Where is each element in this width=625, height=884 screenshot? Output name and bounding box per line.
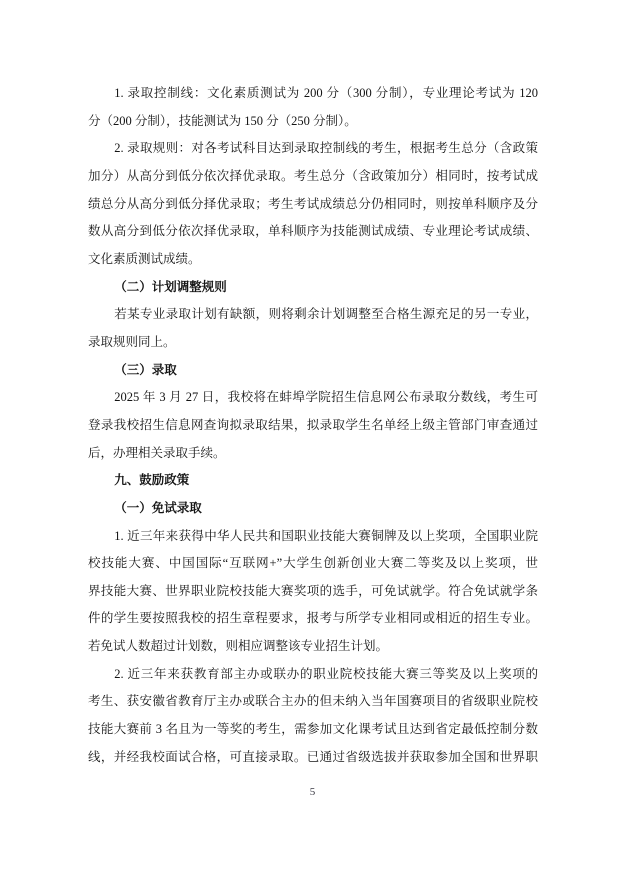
plan-adjustment-paragraph: 若某专业录取计划有缺额，则将剩余计划调整至合格生源充足的另一专业，录取规则同上。 (88, 301, 538, 356)
section-heading-plan-adjustment: （二）计划调整规则 (88, 274, 538, 302)
text-line: 若免试人数超过计划数，则相应调整该专业招生计划。 (88, 633, 538, 661)
text-line: 考生、获安徽省教育厅主办或联合主办的但未纳入当年国赛项目的省级职业院校 (88, 688, 538, 716)
admission-control-line-paragraph: 1. 录取控制线：文化素质测试为 200 分（300 分制），专业理论考试为 1… (88, 80, 538, 135)
exemption-rule-1-paragraph: 1. 近三年来获得中华人民共和国职业技能大赛铜牌及以上奖项，全国职业院校技能大赛… (88, 523, 538, 661)
text-line: 2025 年 3 月 27 日，我校将在蚌埠学院招生信息网公布录取分数线，考生可 (88, 384, 538, 412)
exemption-rule-2-paragraph: 2. 近三年来获教育部主办或联办的职业院校技能大赛三等奖及以上奖项的考生、获安徽… (88, 661, 538, 772)
text-line: 加分）从高分到低分依次择优录取。考生总分（含政策加分）相同时，按考试成 (88, 163, 538, 191)
page-footer: 5 (0, 785, 625, 799)
section-heading-incentive-policy: 九、鼓励政策 (88, 467, 538, 495)
text-line: 1. 近三年来获得中华人民共和国职业技能大赛铜牌及以上奖项，全国职业院 (88, 523, 538, 551)
text-line: 若某专业录取计划有缺额，则将剩余计划调整至合格生源充足的另一专业， (88, 301, 538, 329)
page-number: 5 (310, 786, 316, 798)
text-line: 分（200 分制），技能测试为 150 分（250 分制）。 (88, 108, 538, 136)
text-line: 技能大赛前 3 名且为一等奖的考生，需参加文化课考试且达到省定最低控制分数 (88, 716, 538, 744)
text-line: 1. 录取控制线：文化素质测试为 200 分（300 分制），专业理论考试为 1… (88, 80, 538, 108)
text-line: 界技能大赛、世界职业院校技能大赛奖项的选手，可免试就学。符合免试就学条 (88, 578, 538, 606)
text-line: 数从高分到低分依次择优录取，单科顺序为技能测试成绩、专业理论考试成绩、 (88, 218, 538, 246)
page-content: 1. 录取控制线：文化素质测试为 200 分（300 分制），专业理论考试为 1… (88, 80, 538, 771)
text-line: 文化素质测试成绩。 (88, 246, 538, 274)
admission-announcement-paragraph: 2025 年 3 月 27 日，我校将在蚌埠学院招生信息网公布录取分数线，考生可… (88, 384, 538, 467)
text-line: 绩总分从高分到低分择优录取；考生考试成绩总分仍相同时，则按单科顺序及分 (88, 191, 538, 219)
admission-rules-paragraph: 2. 录取规则：对各考试科目达到录取控制线的考生，根据考生总分（含政策加分）从高… (88, 135, 538, 273)
section-heading-admission: （三）录取 (88, 357, 538, 385)
text-line: 件的学生要按照我校的招生章程要求，报考与所学专业相同或相近的招生专业。 (88, 605, 538, 633)
text-line: 录取规则同上。 (88, 329, 538, 357)
text-line: 2. 录取规则：对各考试科目达到录取控制线的考生，根据考生总分（含政策 (88, 135, 538, 163)
text-line: 线，并经我校面试合格，可直接录取。已通过省级选拔并获取参加全国和世界职 (88, 744, 538, 772)
document-page: 1. 录取控制线：文化素质测试为 200 分（300 分制），专业理论考试为 1… (0, 0, 625, 884)
text-line: 后，办理相关录取手续。 (88, 440, 538, 468)
text-line: 2. 近三年来获教育部主办或联办的职业院校技能大赛三等奖及以上奖项的 (88, 661, 538, 689)
text-line: 校技能大赛、中国国际“互联网+”大学生创新创业大赛二等奖及以上奖项，世 (88, 550, 538, 578)
section-heading-exam-exemption: （一）免试录取 (88, 495, 538, 523)
text-line: 登录我校招生信息网查询拟录取结果，拟录取学生名单经上级主管部门审查通过 (88, 412, 538, 440)
